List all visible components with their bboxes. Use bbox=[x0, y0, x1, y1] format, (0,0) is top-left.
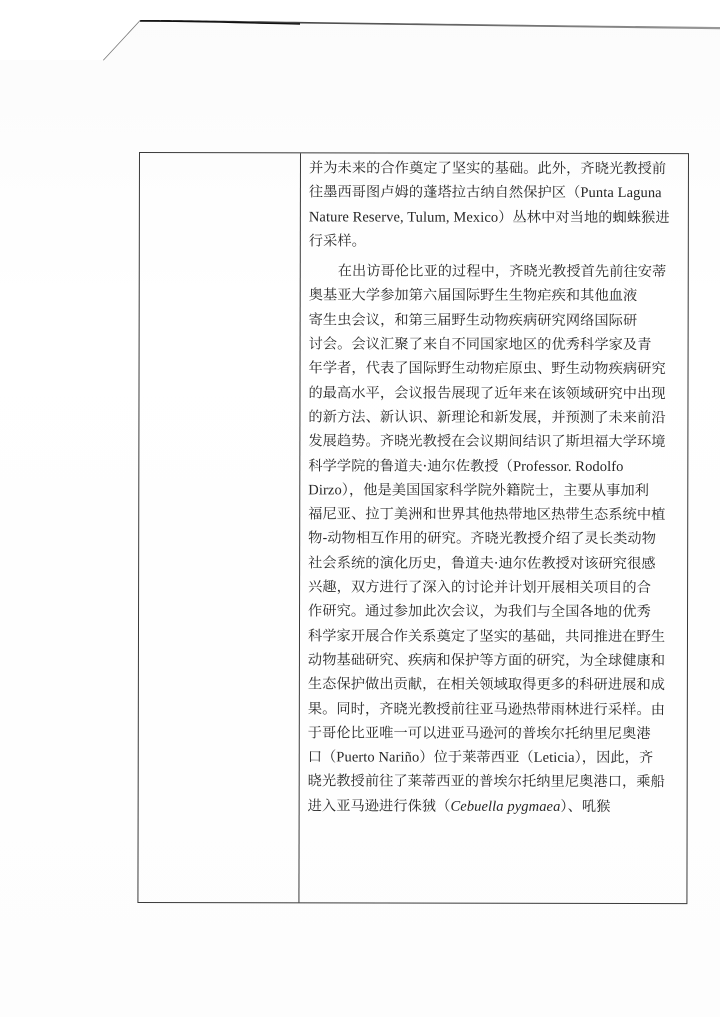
latin-text: Professor. Rodolfo bbox=[513, 458, 624, 474]
chinese-text: 晓光教授前往了莱蒂西亚的普埃尔托纳里尼奥港口，乘船 bbox=[308, 774, 665, 791]
chinese-text: 口（ bbox=[308, 749, 337, 765]
chinese-text: 作研究。通过参加此次会议，为我们与全国各地的优秀 bbox=[308, 604, 651, 621]
text-line: 社会系统的演化历史，鲁道夫·迪尔佐教授对该研究很感 bbox=[308, 551, 681, 576]
chinese-text: 奥基亚大学参加第六届国际野生生物疟疾和其他血液 bbox=[309, 288, 638, 305]
chinese-text: 进入亚马逊进行侏狨（ bbox=[308, 798, 451, 814]
text-line: 讨会。会议汇聚了来自不同国家地区的优秀科学家及青 bbox=[309, 332, 682, 357]
document-table: 并为未来的合作奠定了坚实的基础。此外，齐晓光教授前往墨西哥图卢姆的蓬塔拉古纳自然… bbox=[137, 152, 689, 904]
chinese-text: 科学家开展合作关系奠定了坚实的基础，共同推进在野生 bbox=[308, 628, 665, 645]
latin-text: Dirzo bbox=[308, 482, 342, 498]
chinese-text: 往墨西哥图卢姆的蓬塔拉古纳自然保护区（ bbox=[309, 185, 581, 202]
latin-text: Punta Laguna bbox=[580, 185, 661, 201]
text-line: 发展趋势。齐晓光教授在会议期间结识了斯坦福大学环境 bbox=[308, 430, 681, 455]
text-line: 进入亚马逊进行侏狨（Cebuella pygmaea）、吼猴 bbox=[308, 794, 681, 819]
chinese-text: 兴趣，双方进行了深入的讨论并计划开展相关项目的合 bbox=[308, 579, 651, 596]
chinese-text: 讨会。会议汇聚了来自不同国家地区的优秀科学家及青 bbox=[309, 336, 652, 353]
text-line: 科学学院的鲁道夫·迪尔佐教授（Professor. Rodolfo bbox=[308, 454, 681, 479]
text-line: 并为未来的合作奠定了坚实的基础。此外，齐晓光教授前 bbox=[309, 156, 682, 181]
text-line: 于哥伦比亚唯一可以进亚马逊河的普埃尔托纳里尼奥港 bbox=[308, 721, 681, 746]
chinese-text: 行采样。 bbox=[309, 233, 366, 249]
chinese-text: 生态保护做出贡献，在相关领域取得更多的科研进展和成 bbox=[308, 677, 665, 694]
text-line: 奥基亚大学参加第六届国际野生生物疟疾和其他血液 bbox=[309, 284, 682, 309]
chinese-text: 并为未来的合作奠定了坚实的基础。此外，齐晓光教授前 bbox=[309, 160, 666, 177]
chinese-text: 社会系统的演化历史，鲁道夫·迪尔佐教授对该研究很感 bbox=[308, 555, 656, 572]
chinese-text: 物-动物相互作用的研究。齐晓光教授介绍了灵长类动物 bbox=[308, 531, 656, 548]
chinese-text: 于哥伦比亚唯一可以进亚马逊河的普埃尔托纳里尼奥港 bbox=[308, 725, 651, 742]
chinese-text: 果。同时，齐晓光教授前往亚马逊热带雨林进行采样。由 bbox=[308, 701, 665, 718]
text-line: 作研究。通过参加此次会议，为我们与全国各地的优秀 bbox=[308, 600, 681, 625]
latin-text: Leticia bbox=[534, 750, 575, 766]
text-line: 兴趣，双方进行了深入的讨论并计划开展相关项目的合 bbox=[308, 575, 681, 600]
text-line: 在出访哥伦比亚的过程中，齐晓光教授首先前往安蒂 bbox=[309, 260, 682, 285]
text-line: 福尼亚、拉丁美洲和世界其他热带地区热带生态系统中植 bbox=[308, 503, 681, 528]
latin-text: Nature Reserve, Tulum, Mexico bbox=[309, 209, 498, 225]
text-line: 寄生虫会议，和第三届野生动物疾病研究网络国际研 bbox=[309, 308, 682, 333]
text-line: 物-动物相互作用的研究。齐晓光教授介绍了灵长类动物 bbox=[308, 527, 681, 552]
text-line: 科学家开展合作关系奠定了坚实的基础，共同推进在野生 bbox=[308, 624, 681, 649]
text-line: 的最高水平，会议报告展现了近年来在该领域研究中出现 bbox=[308, 381, 681, 406]
paragraph: 并为未来的合作奠定了坚实的基础。此外，齐晓光教授前往墨西哥图卢姆的蓬塔拉古纳自然… bbox=[309, 156, 682, 254]
chinese-text: 寄生虫会议，和第三届野生动物疾病研究网络国际研 bbox=[309, 312, 638, 329]
chinese-text: ），因此，齐 bbox=[575, 750, 654, 766]
table-left-cell bbox=[138, 153, 301, 902]
chinese-text: ），他是美国国家科学院外籍院士，主要从事加利 bbox=[342, 482, 649, 499]
text-line: Nature Reserve, Tulum, Mexico）丛林中对当地的蜘蛛猴… bbox=[309, 205, 682, 230]
chinese-text: 年学者，代表了国际野生动物疟原虫、野生动物疾病研究 bbox=[309, 361, 666, 378]
chinese-text: 科学学院的鲁道夫·迪尔佐教授（ bbox=[308, 458, 513, 474]
text-line: 行采样。 bbox=[309, 229, 682, 254]
text-line: 动物基础研究、疾病和保护等方面的研究，为全球健康和 bbox=[308, 648, 681, 673]
text-line: Dirzo），他是美国国家科学院外籍院士，主要从事加利 bbox=[308, 478, 681, 503]
text-line: 晓光教授前往了莱蒂西亚的普埃尔托纳里尼奥港口，乘船 bbox=[308, 770, 681, 795]
chinese-text: ）丛林中对当地的蜘蛛猴进 bbox=[498, 209, 669, 225]
chinese-text: ）、吼猴 bbox=[560, 799, 610, 815]
text-line: 生态保护做出贡献，在相关领域取得更多的科研进展和成 bbox=[308, 673, 681, 698]
chinese-text: 动物基础研究、疾病和保护等方面的研究，为全球健康和 bbox=[308, 652, 665, 669]
latin-text: Puerto Nariño bbox=[336, 750, 419, 766]
chinese-text: 的新方法、新认识、新理论和新发展，并预测了未来前沿 bbox=[308, 409, 665, 426]
text-line: 口（Puerto Nariño）位于莱蒂西亚（Leticia），因此，齐 bbox=[308, 745, 681, 770]
chinese-text: ）位于莱蒂西亚（ bbox=[419, 750, 533, 766]
chinese-text: 福尼亚、拉丁美洲和世界其他热带地区热带生态系统中植 bbox=[308, 507, 665, 524]
paragraph: 在出访哥伦比亚的过程中，齐晓光教授首先前往安蒂奥基亚大学参加第六届国际野生生物疟… bbox=[308, 260, 682, 820]
text-line: 果。同时，齐晓光教授前往亚马逊热带雨林进行采样。由 bbox=[308, 697, 681, 722]
chinese-text: 发展趋势。齐晓光教授在会议期间结识了斯坦福大学环境 bbox=[308, 434, 665, 451]
table-right-cell: 并为未来的合作奠定了坚实的基础。此外，齐晓光教授前往墨西哥图卢姆的蓬塔拉古纳自然… bbox=[299, 153, 688, 903]
latin-text: Cebuella pygmaea bbox=[451, 798, 561, 814]
text-line: 往墨西哥图卢姆的蓬塔拉古纳自然保护区（Punta Laguna bbox=[309, 181, 682, 206]
text-line: 年学者，代表了国际野生动物疟原虫、野生动物疾病研究 bbox=[309, 357, 682, 382]
text-line: 的新方法、新认识、新理论和新发展，并预测了未来前沿 bbox=[308, 405, 681, 430]
chinese-text: 的最高水平，会议报告展现了近年来在该领域研究中出现 bbox=[308, 385, 665, 402]
chinese-text: 在出访哥伦比亚的过程中，齐晓光教授首先前往安蒂 bbox=[338, 264, 667, 281]
